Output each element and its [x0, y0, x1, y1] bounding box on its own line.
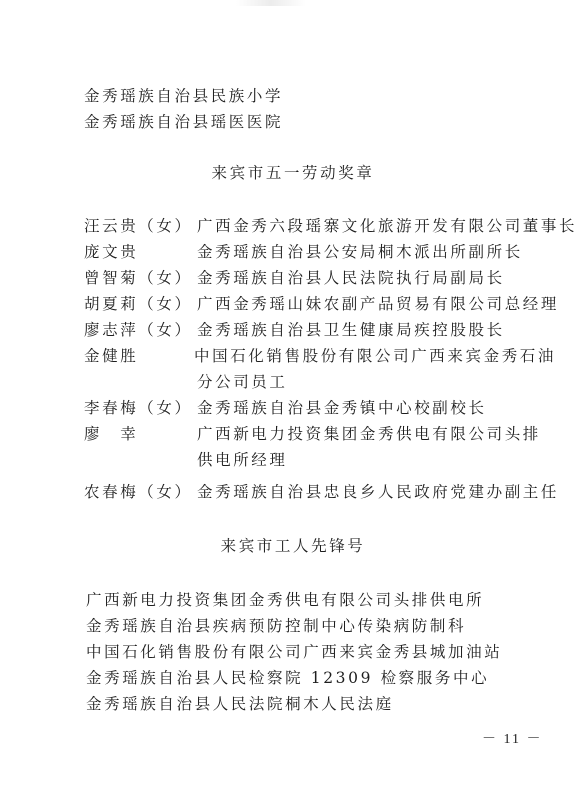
person-name: 廖志萍（女） — [84, 320, 193, 340]
unit-line: 金秀瑶族自治县人民法院桐木人民法庭 — [86, 694, 394, 714]
unit-line: 金秀瑶族自治县疾病预防控制中心传染病防制科 — [86, 616, 466, 636]
person-position-continued: 分公司员工 — [197, 372, 288, 392]
person-name: 廖 幸 — [84, 424, 138, 444]
person-position: 金秀瑶族自治县卫生健康局疾控股股长 — [197, 320, 505, 340]
unit-line: 金秀瑶族自治县瑶医医院 — [84, 112, 283, 132]
section-title-worker-pioneer: 来宾市工人先锋号 — [0, 536, 586, 556]
unit-line: 金秀瑶族自治县民族小学 — [84, 86, 283, 106]
bleed-through-mark — [236, 0, 306, 6]
person-name: 曾智菊（女） — [84, 268, 193, 288]
person-position: 金秀瑶族自治县忠良乡人民政府党建办副主任 — [197, 482, 559, 502]
person-name: 农春梅（女） — [84, 482, 193, 502]
person-position: 广西金秀六段瑶寨文化旅游开发有限公司董事长 — [197, 216, 577, 236]
unit-line: 金秀瑶族自治县人民检察院 12309 检察服务中心 — [86, 668, 489, 688]
person-name: 胡夏莉（女） — [84, 294, 193, 314]
person-position: 金秀瑶族自治县人民法院执行局副局长 — [197, 268, 505, 288]
person-position: 广西新电力投资集团金秀供电有限公司头排 — [197, 424, 541, 444]
person-position: 广西金秀瑶山妹农副产品贸易有限公司总经理 — [197, 294, 559, 314]
person-position: 金秀瑶族自治县公安局桐木派出所副所长 — [197, 242, 523, 262]
person-name: 庞文贵 — [84, 242, 138, 262]
section-title-labor-medal: 来宾市五一劳动奖章 — [0, 163, 586, 183]
person-name: 汪云贵（女） — [84, 216, 193, 236]
person-name: 金健胜 — [84, 346, 138, 366]
person-position-continued: 供电所经理 — [197, 450, 288, 470]
document-page: 金秀瑶族自治县民族小学 金秀瑶族自治县瑶医医院 来宾市五一劳动奖章 汪云贵（女）… — [0, 0, 586, 806]
person-position: 金秀瑶族自治县金秀镇中心校副校长 — [197, 398, 487, 418]
person-name: 李春梅（女） — [84, 398, 193, 418]
page-number: － 11 － — [482, 728, 542, 748]
unit-line: 中国石化销售股份有限公司广西来宾金秀县城加油站 — [86, 642, 502, 662]
person-position: 中国石化销售股份有限公司广西来宾金秀石油 — [194, 346, 556, 366]
unit-line: 广西新电力投资集团金秀供电有限公司头排供电所 — [86, 590, 484, 610]
